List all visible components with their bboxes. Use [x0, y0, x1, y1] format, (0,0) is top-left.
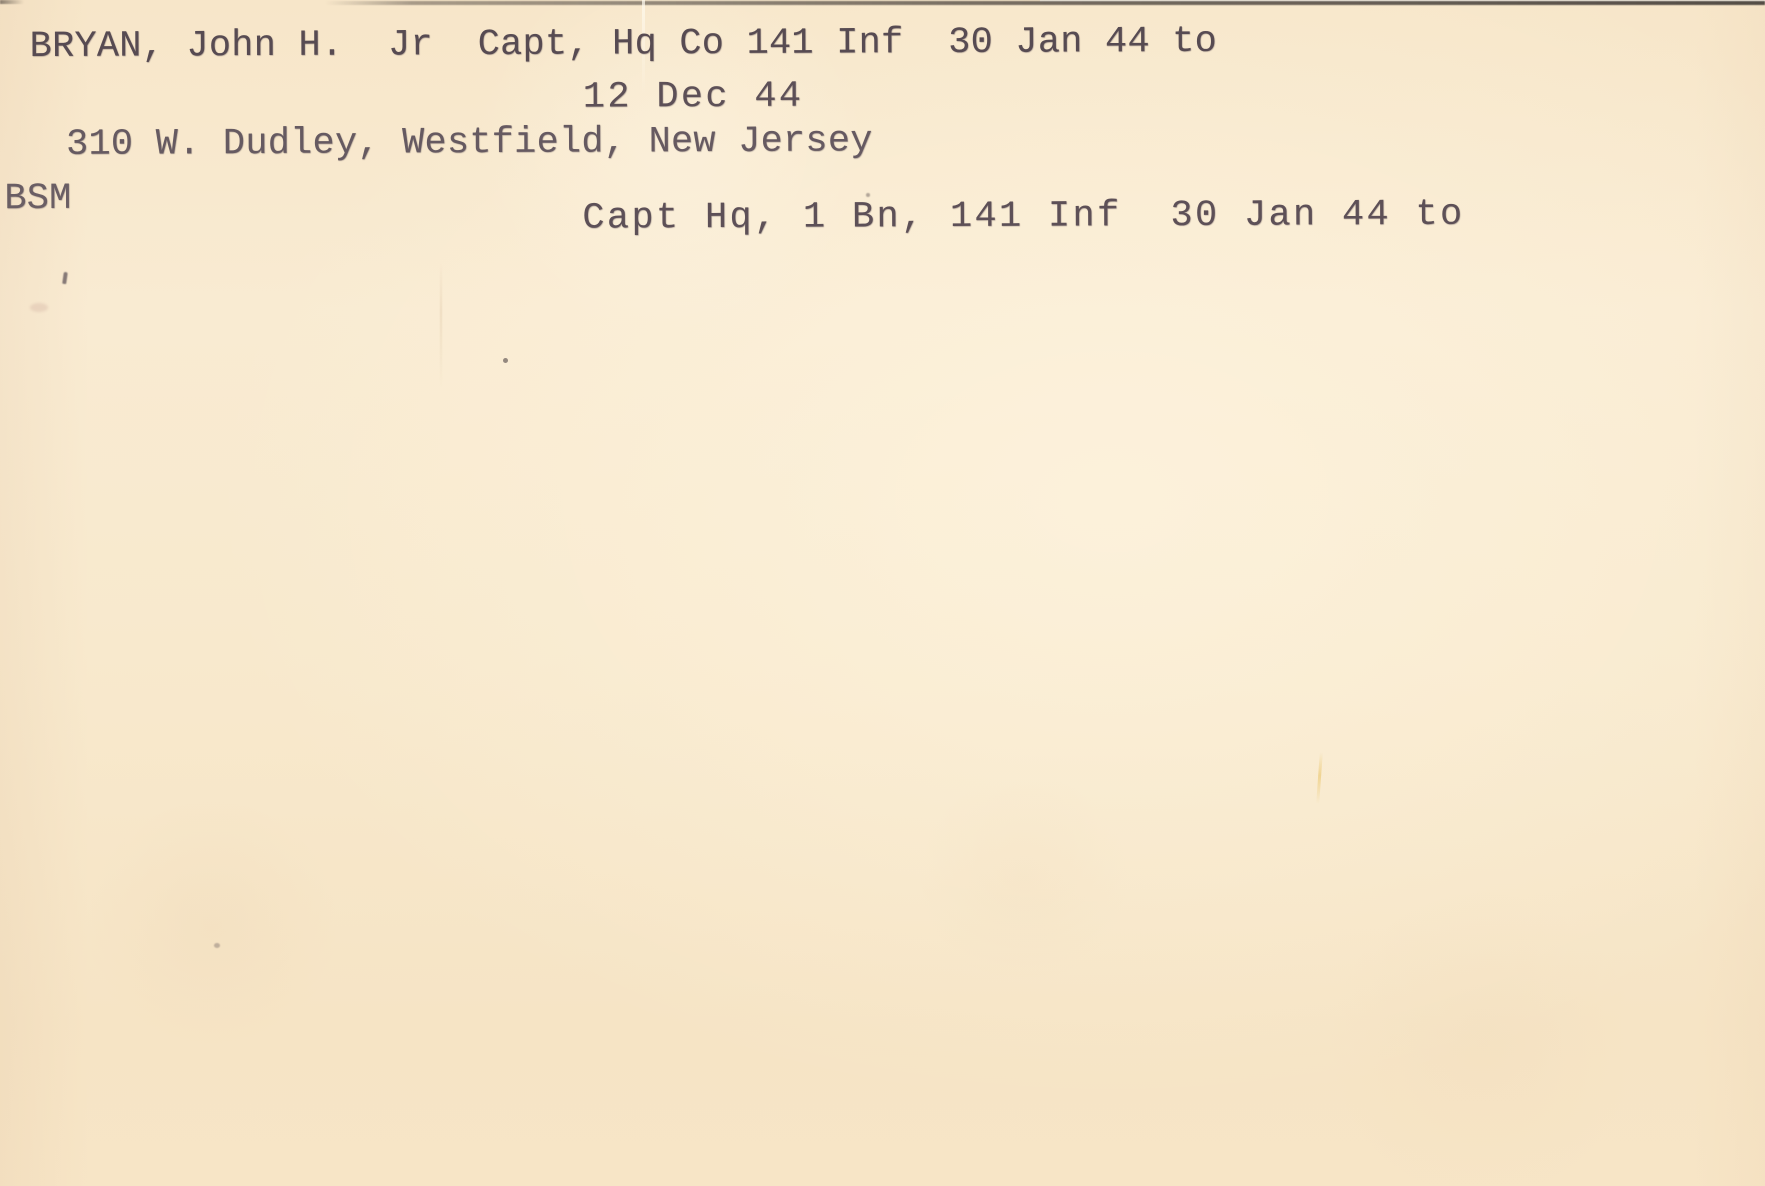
date-continuation-line: 12 Dec 44 — [583, 78, 804, 117]
service-assignment-line: Capt Hq, 1 Bn, 141 Inf 30 Jan 44 to — [582, 196, 1464, 238]
address-line: 310 W. Dudley, Westfield, New Jersey — [66, 122, 873, 164]
typed-text-layer: BRYAN, John H. Jr Capt, Hq Co 141 Inf 30… — [0, 0, 1765, 1186]
award-abbreviation: BSM — [4, 180, 71, 218]
index-card: BRYAN, John H. Jr Capt, Hq Co 141 Inf 30… — [0, 0, 1765, 1186]
name-rank-line: BRYAN, John H. Jr Capt, Hq Co 141 Inf 30… — [30, 23, 1218, 66]
